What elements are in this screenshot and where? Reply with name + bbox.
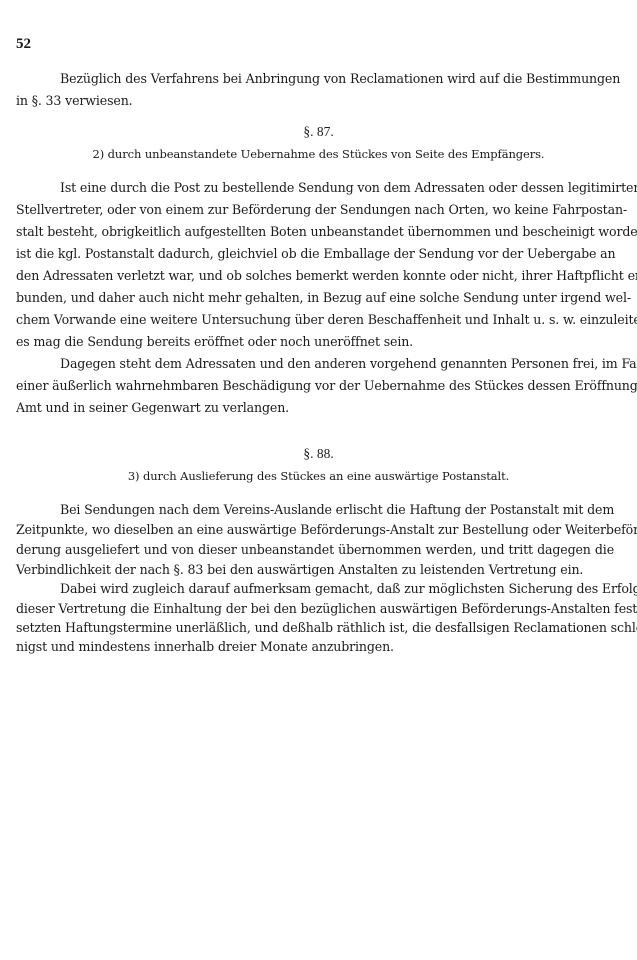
section-subheading: 3) durch Auslieferung des Stückes an ein… <box>0 469 637 483</box>
text-line: bunden, und daher auch nicht mehr gehalt… <box>16 289 614 307</box>
section-heading: §. 88. <box>0 446 637 462</box>
document-page: 52 Bezüglich des Verfahrens bei Anbringu… <box>0 0 637 960</box>
text-line: Amt und in seiner Gegenwart zu verlangen… <box>16 399 614 417</box>
text-line: setzten Haftungstermine unerläßlich, und… <box>16 619 614 637</box>
text-line: es mag die Sendung bereits eröffnet oder… <box>16 333 614 351</box>
text-line: dieser Vertretung die Einhaltung der bei… <box>16 600 614 618</box>
text-line: Zeitpunkte, wo dieselben an eine auswärt… <box>16 521 614 539</box>
text-line: Stellvertreter, oder von einem zur Beför… <box>16 201 614 219</box>
text-line: Dagegen steht dem Adressaten und den and… <box>60 355 614 373</box>
section-subheading: 2) durch unbeanstandete Uebernahme des S… <box>0 147 637 161</box>
text-line: Bei Sendungen nach dem Vereins-Auslande … <box>60 501 614 519</box>
text-line: in §. 33 verwiesen. <box>16 92 614 110</box>
text-line: Bezüglich des Verfahrens bei Anbringung … <box>60 70 614 88</box>
section-heading: §. 87. <box>0 124 637 140</box>
text-line: Ist eine durch die Post zu bestellende S… <box>60 179 614 197</box>
text-line: ist die kgl. Postanstalt dadurch, gleich… <box>16 245 614 263</box>
text-line: einer äußerlich wahrnehmbaren Beschädigu… <box>16 377 614 395</box>
text-line: chem Vorwande eine weitere Untersuchung … <box>16 311 614 329</box>
text-line: den Adressaten verletzt war, und ob solc… <box>16 267 614 285</box>
text-line: stalt besteht, obrigkeitlich aufgestellt… <box>16 223 614 241</box>
text-line: Dabei wird zugleich darauf aufmerksam ge… <box>60 580 614 598</box>
text-line: Verbindlichkeit der nach §. 83 bei den a… <box>16 561 614 579</box>
page-number: 52 <box>16 36 31 53</box>
text-line: nigst und mindestens innerhalb dreier Mo… <box>16 638 614 656</box>
text-line: derung ausgeliefert und von dieser unbea… <box>16 541 614 559</box>
